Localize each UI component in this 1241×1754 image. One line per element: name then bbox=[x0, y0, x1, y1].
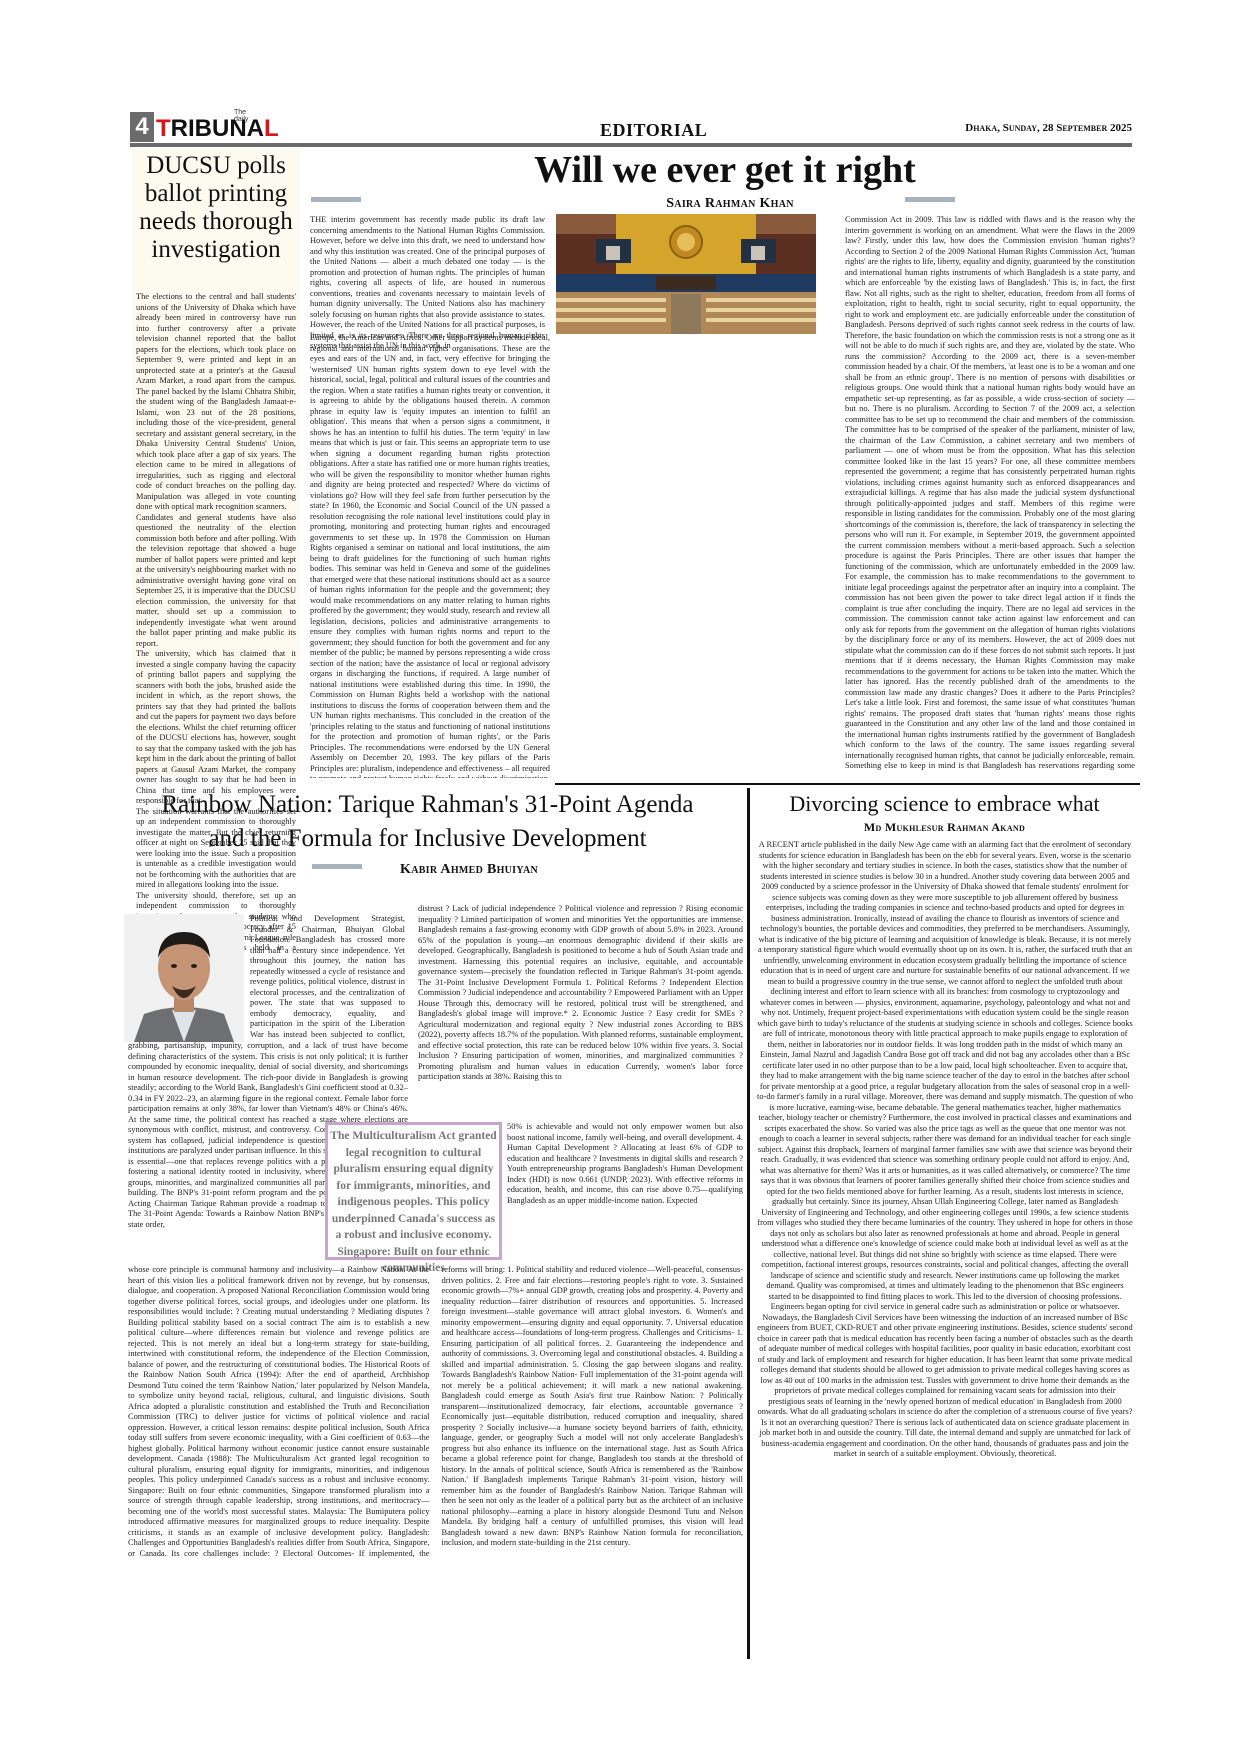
section-divider bbox=[555, 783, 1140, 785]
main-article-wide-section: Europe, the Americas and Africa. Other s… bbox=[310, 333, 550, 778]
page-number: 4 bbox=[130, 112, 154, 142]
main-article-left-column: THE interim government has recently made… bbox=[310, 215, 545, 352]
ducsu-editorial: DUCSU polls ballot printing needs thorou… bbox=[132, 148, 300, 776]
logo-middle: RIBUNA bbox=[171, 115, 264, 142]
rainbow-intro-text: Political and Development Strategist, Fo… bbox=[250, 914, 405, 1040]
ducsu-body: The elections to the central and hall st… bbox=[136, 292, 296, 964]
section-label: EDITORIAL bbox=[600, 120, 707, 141]
dateline: Dhaka, Sunday, 28 September 2025 bbox=[965, 122, 1132, 134]
ducsu-paragraph: Candidates and general students have als… bbox=[136, 513, 296, 650]
accent-bar bbox=[905, 197, 955, 202]
rainbow-title-line-1: Rainbow Nation: Tarique Rahman's 31-Poin… bbox=[110, 788, 745, 822]
ducsu-paragraph: The university, which has claimed that i… bbox=[136, 649, 296, 807]
un-assembly-photo bbox=[556, 214, 816, 334]
column-divider bbox=[747, 788, 750, 1659]
rainbow-article-title: Rainbow Nation: Tarique Rahman's 31-Poin… bbox=[110, 788, 745, 856]
divorcing-article-body: A RECENT article published in the daily … bbox=[756, 840, 1134, 1582]
accent-bar bbox=[311, 197, 361, 202]
main-article-wide-text: Europe, the Americas and Africa. Other s… bbox=[310, 333, 550, 778]
logo-letter-l: L bbox=[264, 115, 279, 142]
accent-bar bbox=[312, 864, 362, 869]
pull-quote: The Multiculturalism Act granted legal r… bbox=[325, 1122, 502, 1260]
divorcing-article-text: A RECENT article published in the daily … bbox=[756, 840, 1134, 1460]
rainbow-column-2b: 50% is achievable and would not only emp… bbox=[507, 1122, 743, 1260]
masthead-rule bbox=[130, 143, 1132, 147]
divorcing-article-title: Divorcing science to embrace what bbox=[752, 790, 1137, 818]
main-article-right-column: Commission Act in 2009. This law is ridd… bbox=[845, 215, 1135, 780]
divorcing-article-byline: Md Mukhlesur Rahman Akand bbox=[752, 820, 1137, 835]
rainbow-column-2: distrust ? Lack of judicial independence… bbox=[418, 904, 743, 1124]
author-portrait bbox=[124, 914, 244, 1042]
logo-letter-t: T bbox=[156, 115, 171, 142]
author-portrait-image bbox=[124, 914, 244, 1042]
rainbow-bottom-section: whose core principle is communal harmony… bbox=[128, 1265, 743, 1605]
ducsu-title: DUCSU polls ballot printing needs thorou… bbox=[136, 152, 296, 264]
ducsu-paragraph: The elections to the central and hall st… bbox=[136, 292, 296, 513]
rainbow-title-line-2: and the Formula for Inclusive Developmen… bbox=[110, 822, 745, 856]
masthead: 4 The daily TRIBUNAL EDITORIAL Dhaka, Su… bbox=[130, 112, 1132, 142]
rainbow-article-byline: Kabir Ahmed Bhuiyan bbox=[400, 862, 700, 878]
rainbow-bottom-text: whose core principle is communal harmony… bbox=[128, 1265, 743, 1559]
main-article-title: Will we ever get it right bbox=[310, 150, 1140, 190]
un-hall-image bbox=[556, 214, 816, 334]
main-article-byline: Saira Rahman Khan bbox=[580, 196, 880, 212]
